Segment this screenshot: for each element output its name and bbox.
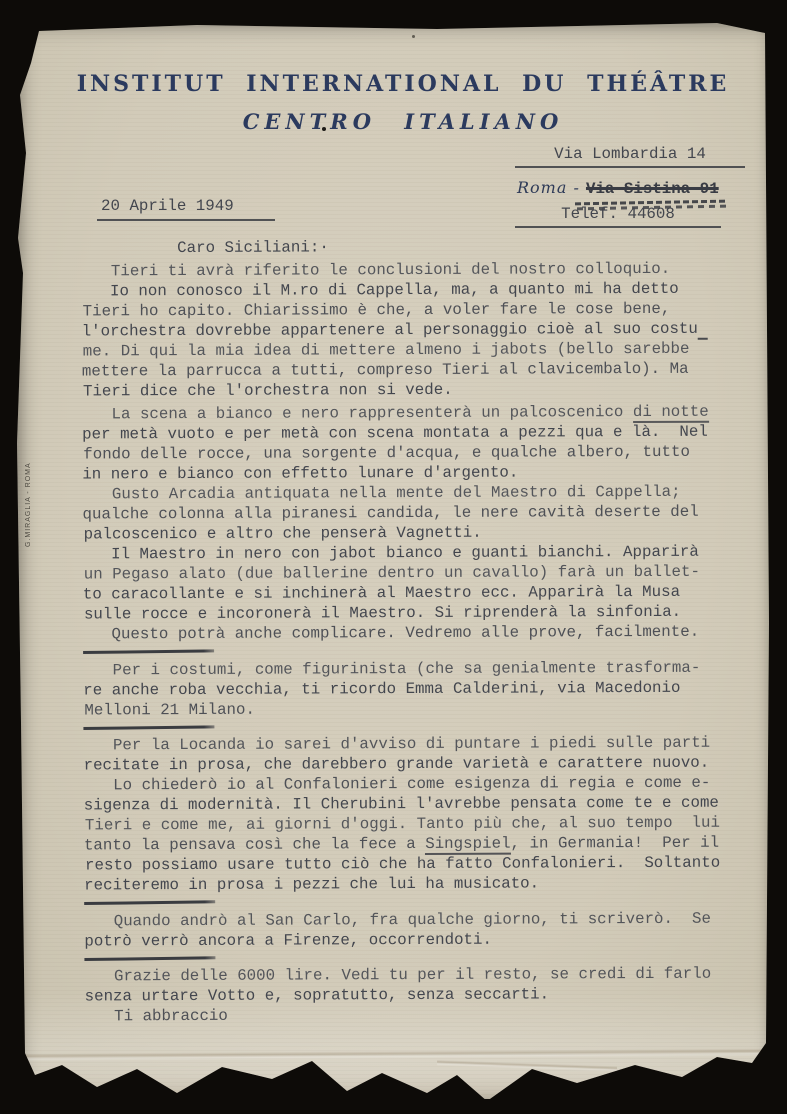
typed-separator-rule xyxy=(83,725,214,729)
underlined-text: di notte xyxy=(633,403,709,423)
letterhead-subtitle: CENTRO ITALIANO xyxy=(27,109,779,134)
typed-line: Melloni 21 Milano. xyxy=(84,697,752,720)
typed-line: fondo delle rocce, una sorgente d'acqua,… xyxy=(83,442,751,465)
typed-line: Quando andrò al San Carlo, fra qualche g… xyxy=(85,908,753,931)
underlined-text: Singspiel xyxy=(425,835,510,855)
typed-line: potrò verrò ancora a Firenze, occorrendo… xyxy=(84,928,752,951)
paper-speck xyxy=(412,35,415,38)
letter-body: Caro Siciliani:· Tieri ti avrà riferito … xyxy=(81,236,752,1027)
paragraph: Per i costumi, come figurinista (che sa … xyxy=(83,657,751,720)
typed-line: Per i costumi, come figurinista (che sa … xyxy=(84,657,752,680)
typed-line: Per la Locanda io sarei d'avviso di punt… xyxy=(84,733,752,756)
typed-line: Ti abbraccio xyxy=(86,1004,754,1027)
typed-line: Tieri ho capito. Chiarissimo è che, a vo… xyxy=(83,299,751,322)
address-city-line: Roma - Via Sistina 91 xyxy=(517,178,757,198)
city-prefix: Roma - xyxy=(517,178,586,197)
telephone-line: Telef. 44608 xyxy=(515,205,721,228)
letterhead-title: INSTITUT INTERNATIONAL DU THÉÂTRE xyxy=(27,71,779,97)
typed-line: Grazie delle 6000 lire. Vedi tu per il r… xyxy=(85,964,753,987)
typed-line: Tieri ti avrà riferito le conclusioni de… xyxy=(82,259,750,282)
typed-line: La scena a bianco e nero rappresenterà u… xyxy=(83,402,751,425)
letter-paper: INSTITUT INTERNATIONAL DU THÉÂTRE CENTRO… xyxy=(17,23,769,1099)
paragraph: La scena a bianco e nero rappresenterà u… xyxy=(82,402,751,645)
typed-line: palcoscenico e altro che penserà Vagnett… xyxy=(84,522,752,545)
paper-crease xyxy=(17,1048,769,1061)
date-line: 20 Aprile 1949 xyxy=(97,197,275,221)
printer-imprint: G.MIRAGLIA - ROMA xyxy=(25,443,32,547)
struck-out-address: Via Sistina 91 xyxy=(586,180,719,198)
typed-line: Tieri dice che l'orchestra non si vede. xyxy=(83,379,751,402)
typed-line: Lo chiederò io al Confalonieri come esig… xyxy=(85,773,753,796)
typed-line: Questo potrà anche complicare. Vedremo a… xyxy=(83,622,751,645)
salutation-line: Caro Siciliani:· xyxy=(82,236,750,259)
typed-separator-rule xyxy=(84,900,215,904)
typed-line: un Pegaso alato (due ballerine dentro un… xyxy=(84,562,752,585)
address-street: Via Lombardia 14 xyxy=(515,145,745,168)
underlined-text xyxy=(698,320,708,340)
paragraph: Tieri ti avrà riferito le conclusioni de… xyxy=(81,259,750,402)
typed-separator-rule xyxy=(84,956,215,960)
paragraph: Per la Locanda io sarei d'avviso di punt… xyxy=(83,733,752,896)
typed-line: reciteremo in prosa i pezzi che lui ha m… xyxy=(84,873,752,896)
scanned-letter-page: { "colors": { "background": "#0d0b08", "… xyxy=(0,0,787,1114)
paper-crease xyxy=(437,1060,617,1072)
paragraph: Grazie delle 6000 lire. Vedi tu per il r… xyxy=(84,964,752,1027)
paragraph: Quando andrò al San Carlo, fra qualche g… xyxy=(84,908,752,951)
typed-line: resto possiamo usare tutto ciò che ha fa… xyxy=(85,853,753,876)
typed-separator-rule xyxy=(83,649,214,653)
